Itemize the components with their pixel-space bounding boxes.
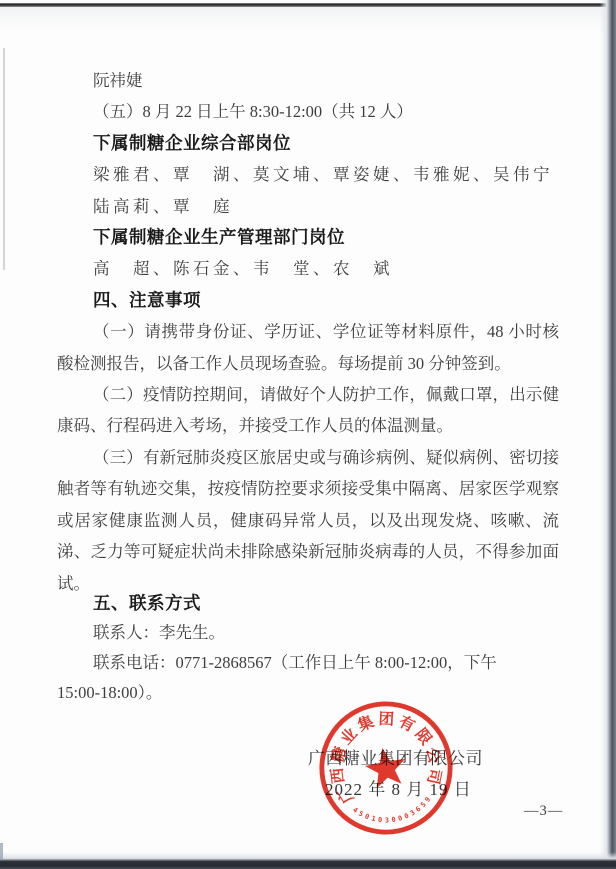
star-icon xyxy=(362,744,409,789)
scan-edge-right xyxy=(600,0,616,869)
scanned-document-page: 阮祎婕 （五）8 月 22 日上午 8:30-12:00（共 12 人） 下属制… xyxy=(0,0,616,869)
scan-shade-top xyxy=(0,7,616,33)
document-body: 阮祎婕 （五）8 月 22 日上午 8:30-12:00（共 12 人） 下属制… xyxy=(57,65,559,599)
scan-artifact-left-tick xyxy=(0,843,3,860)
doc-line: （五）8 月 22 日上午 8:30-12:00（共 12 人） xyxy=(57,96,559,127)
doc-line: （一）请携带身份证、学历证、学位证等材料原件，48 小时核 xyxy=(57,316,559,347)
scan-edge-bottom xyxy=(0,852,616,869)
doc-line: 触者等有轨迹交集，按疫情防控要求须接受集中隔离、居家医学观察 xyxy=(57,473,559,504)
page-number: —3— xyxy=(524,803,563,820)
doc-line: 陆高莉、覃 庭 xyxy=(57,191,559,222)
scan-artifact-left-line xyxy=(3,48,5,270)
contact-phone: 联系电话：0771-2868567（工作日上午 8:00-12:00，下午 xyxy=(57,648,559,678)
section-heading: 五、联系方式 xyxy=(57,588,559,618)
doc-line: 阮祎婕 xyxy=(57,65,559,96)
section-heading: 四、注意事项 xyxy=(57,285,559,316)
doc-line: （三）有新冠肺炎疫区旅居史或与确诊病例、疑似病例、密切接 xyxy=(57,442,559,473)
official-seal: 广西糖业集团有限公司 4501030003659 xyxy=(307,689,465,847)
doc-line: 酸检测报告，以备工作人员现场查验。每场提前 30 分钟签到。 xyxy=(57,348,559,379)
doc-line: 康码、行程码进入考场，并接受工作人员的体温测量。 xyxy=(57,410,559,441)
doc-line: 或居家健康监测人员，健康码异常人员，以及出现发烧、咳嗽、流 xyxy=(57,505,559,536)
contact-person: 联系人：李先生。 xyxy=(57,618,559,648)
contact-phone-continued: 15:00-18:00）。 xyxy=(57,678,559,708)
contact-section: 五、联系方式 联系人：李先生。 联系电话：0771-2868567（工作日上午 … xyxy=(57,588,559,708)
seal-code-text: 4501030003659 xyxy=(350,792,437,831)
doc-line: 涕、乏力等可疑症状尚未排除感染新冠肺炎病毒的人员，不得参加面 xyxy=(57,536,559,567)
doc-line: （二）疫情防控期间，请做好个人防护工作，佩戴口罩，出示健 xyxy=(57,379,559,410)
doc-line: 梁雅君、覃 湖、莫文埔、覃姿婕、韦雅妮、吴伟宁 xyxy=(57,159,559,190)
section-heading: 下属制糖企业综合部岗位 xyxy=(57,128,559,159)
section-heading: 下属制糖企业生产管理部门岗位 xyxy=(57,222,559,253)
doc-line: 高 超、陈石金、韦 堂、农 斌 xyxy=(57,253,559,284)
